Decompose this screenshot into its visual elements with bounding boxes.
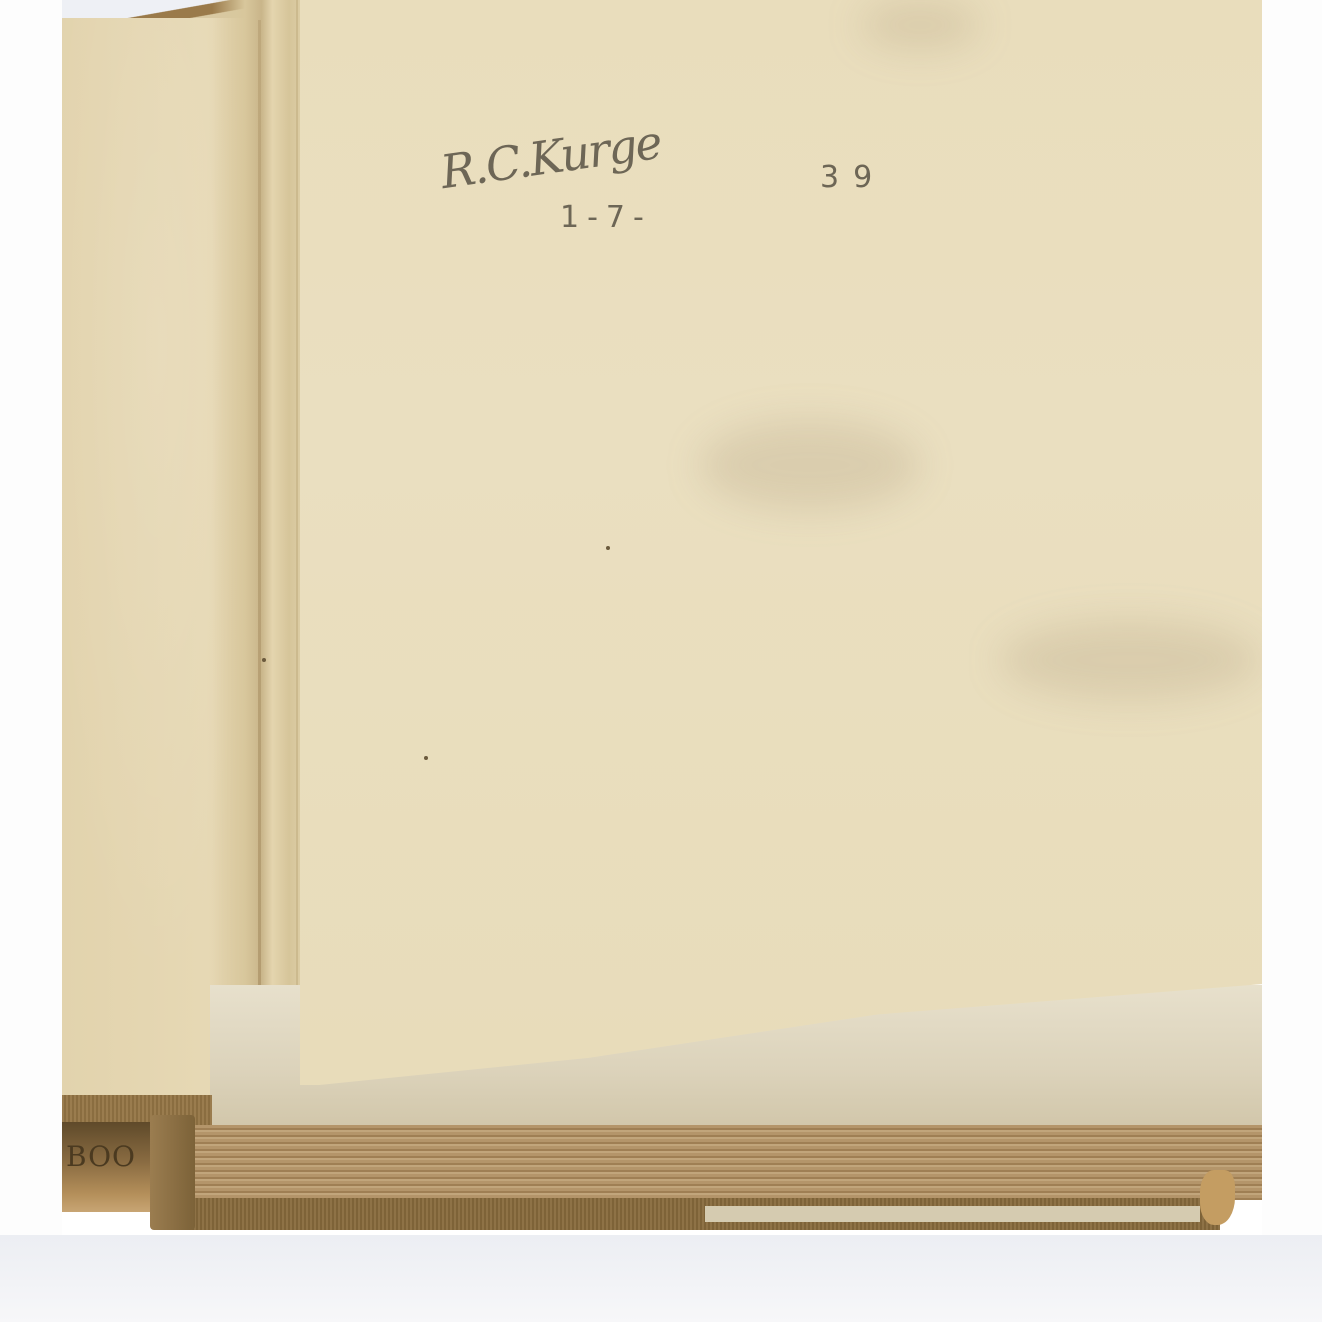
spine-title: BOO: [66, 1140, 136, 1173]
foxing-spot: [606, 546, 610, 550]
background-surface: [0, 1235, 1322, 1322]
rear-board-pastedown-edge: [705, 1206, 1200, 1222]
page-edges: [185, 1125, 1262, 1200]
year-text: 39: [820, 160, 886, 195]
background-right: [1262, 0, 1322, 1322]
smudge: [860, 0, 980, 50]
spine-fold: [150, 1115, 195, 1230]
hinge-crease: [258, 20, 261, 1100]
book-photo: R.C.Kurge 1-7- 39 BOO: [0, 0, 1322, 1322]
smudge: [1000, 620, 1260, 700]
smudge: [700, 420, 920, 510]
pencil-inscription: R.C.Kurge 1-7- 39: [410, 130, 930, 270]
date-text: 1-7-: [560, 200, 652, 235]
hinge-crease-inner: [296, 0, 298, 1085]
foxing-spot: [262, 658, 266, 662]
foxing-spot: [424, 756, 428, 760]
background-left: [0, 0, 62, 1322]
worn-corner: [1200, 1170, 1235, 1225]
